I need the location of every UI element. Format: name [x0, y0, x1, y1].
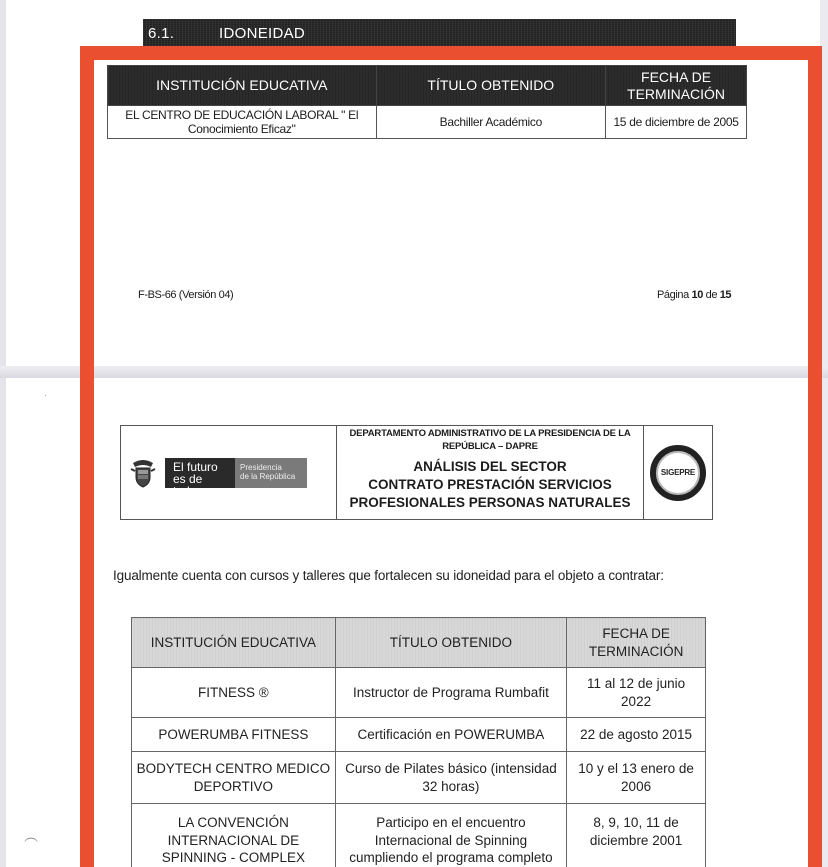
- document-title: ANÁLISIS DEL SECTOR CONTRATO PRESTACIÓN …: [337, 458, 643, 512]
- cell-date: 8, 9, 10, 11 de diciembre 2001: [567, 804, 706, 867]
- scan-speck: ·: [44, 390, 47, 401]
- seal-cell: SIGEPRE: [644, 426, 712, 519]
- column-header: INSTITUCIÓN EDUCATIVA: [132, 618, 336, 668]
- cell-date: 10 y el 13 enero de 2006: [567, 752, 706, 804]
- title-line-3: PROFESIONALES PERSONAS NATURALES: [337, 494, 643, 512]
- cell-date: 15 de diciembre de 2005: [606, 106, 747, 139]
- sigepre-seal-icon: SIGEPRE: [650, 445, 706, 501]
- slogan-block: El futuro es de todos: [165, 458, 235, 488]
- page-of: de: [706, 289, 717, 301]
- table-row: LA CONVENCIÓN INTERNACIONAL DE SPINNING …: [132, 804, 706, 867]
- scan-mark: ︵: [24, 826, 38, 846]
- slogan-line-1: El futuro: [173, 461, 235, 473]
- cell-title: Bachiller Académico: [376, 106, 606, 139]
- presidencia-block: Presidencia de la República: [235, 458, 307, 488]
- section-title: IDONEIDAD: [219, 25, 305, 42]
- title-line-2: CONTRATO PRESTACIÓN SERVICIOS: [337, 476, 643, 494]
- org-line-2: de la República: [240, 472, 307, 481]
- cell-date: 11 al 12 de junio 2022: [567, 668, 706, 718]
- cell-title: Curso de Pilates básico (intensidad 32 h…: [335, 752, 566, 804]
- column-header: INSTITUCIÓN EDUCATIVA: [108, 66, 377, 106]
- document-header: El futuro es de todos Presidencia de la …: [120, 425, 713, 520]
- cell-title: Certificación en POWERUMBA: [335, 718, 566, 752]
- form-code: F-BS-66 (Versión 04): [138, 289, 233, 301]
- page-total: 15: [720, 289, 731, 301]
- slogan-line-2: es de todos: [173, 473, 235, 497]
- viewer-scrollbar-track[interactable]: [820, 0, 828, 867]
- government-logo: El futuro es de todos Presidencia de la …: [121, 426, 337, 519]
- table-row: POWERUMBA FITNESS Certificación en POWER…: [132, 718, 706, 752]
- cell-institution: LA CONVENCIÓN INTERNACIONAL DE SPINNING …: [132, 804, 336, 867]
- column-header: TÍTULO OBTENIDO: [335, 618, 566, 668]
- cell-institution: POWERUMBA FITNESS: [132, 718, 336, 752]
- department-name: DEPARTAMENTO ADMINISTRATIVO DE LA PRESID…: [337, 426, 643, 453]
- section-number: 6.1.: [148, 25, 219, 42]
- courses-table: INSTITUCIÓN EDUCATIVA TÍTULO OBTENIDO FE…: [131, 617, 706, 867]
- cell-date: 22 de agosto 2015: [567, 718, 706, 752]
- column-header: TÍTULO OBTENIDO: [376, 66, 606, 106]
- cell-institution: BODYTECH CENTRO MEDICO DEPORTIVO: [132, 752, 336, 804]
- section-heading: 6.1. IDONEIDAD: [143, 19, 736, 47]
- page-current: 10: [692, 289, 703, 301]
- table-row: EL CENTRO DE EDUCACIÓN LABORAL " El Cono…: [108, 106, 747, 139]
- page-separator: [0, 366, 828, 378]
- org-line-1: Presidencia: [240, 463, 307, 472]
- education-table: INSTITUCIÓN EDUCATIVA TÍTULO OBTENIDO FE…: [107, 65, 747, 139]
- column-header: FECHA DE TERMINACIÓN: [567, 618, 706, 668]
- page-prefix: Página: [657, 289, 689, 301]
- document-page-10: [6, 0, 820, 366]
- header-title-block: DEPARTAMENTO ADMINISTRATIVO DE LA PRESID…: [337, 426, 644, 519]
- coat-of-arms-icon: [129, 457, 157, 489]
- table-row: FITNESS ® Instructor de Programa Rumbafi…: [132, 668, 706, 718]
- cell-institution: EL CENTRO DE EDUCACIÓN LABORAL " El Cono…: [108, 106, 377, 139]
- cell-title: Participo en el encuentro Internacional …: [335, 804, 566, 867]
- seal-text: SIGEPRE: [661, 468, 695, 477]
- page-number: Página 10 de 15: [657, 289, 731, 301]
- title-line-1: ANÁLISIS DEL SECTOR: [337, 458, 643, 476]
- cell-title: Instructor de Programa Rumbafit: [335, 668, 566, 718]
- column-header: FECHA DE TERMINACIÓN: [606, 66, 747, 106]
- table-row: BODYTECH CENTRO MEDICO DEPORTIVO Curso d…: [132, 752, 706, 804]
- scan-speck: ·: [808, 88, 811, 99]
- intro-paragraph: Igualmente cuenta con cursos y talleres …: [113, 568, 664, 583]
- cell-institution: FITNESS ®: [132, 668, 336, 718]
